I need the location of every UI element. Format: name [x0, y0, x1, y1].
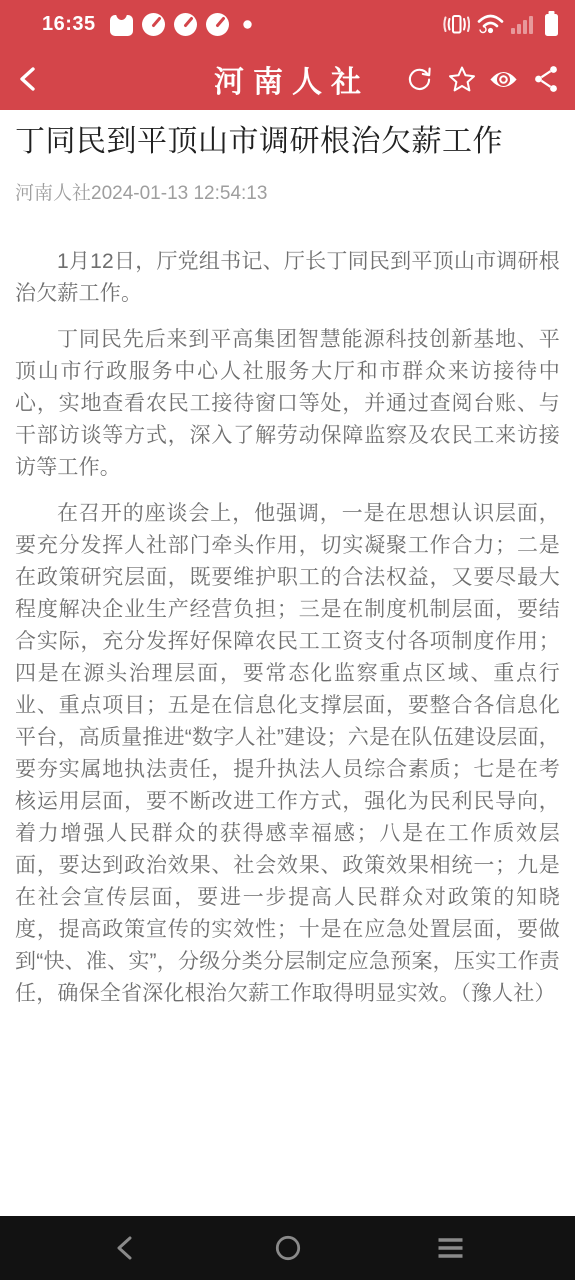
article-byline: 河南人社2024-01-13 12:54:13 — [15, 178, 560, 205]
nav-home-circle-icon — [274, 1234, 302, 1262]
gauge-app-icon — [173, 12, 198, 37]
gauge-app-icon — [205, 12, 230, 37]
article-title: 丁同民到平顶山市调研根治欠薪工作 — [15, 122, 560, 162]
signal-strength-icon — [511, 14, 534, 35]
more-notifications-dot — [243, 20, 252, 29]
back-button[interactable] — [15, 62, 49, 96]
nav-menu-button[interactable] — [433, 1231, 467, 1265]
article-paragraph: 1月12日，厅党组书记、厅长丁同民到平顶山市调研根治欠薪工作。 — [15, 246, 560, 310]
nav-back-button[interactable] — [108, 1231, 142, 1265]
article-source: 河南人社 — [15, 183, 91, 204]
gauge-app-icon — [141, 12, 166, 37]
share-icon — [533, 65, 559, 93]
eye-icon — [489, 68, 518, 91]
favorite-button[interactable] — [447, 64, 476, 94]
wifi-icon — [477, 13, 504, 35]
status-bar: 16:35 — [0, 0, 575, 48]
star-icon — [448, 65, 476, 93]
app-bar: 河南人社 — [0, 48, 575, 110]
system-status-icons — [443, 11, 559, 37]
app-bar-actions — [405, 64, 560, 94]
refresh-icon — [406, 66, 433, 93]
article-paragraph: 丁同民先后来到平高集团智慧能源科技创新基地、平顶山市行政服务中心人社服务大厅和市… — [15, 324, 560, 484]
notification-icons — [109, 10, 252, 38]
system-nav-bar — [0, 1216, 575, 1280]
article-content: 丁同民到平顶山市调研根治欠薪工作 河南人社2024-01-13 12:54:13… — [0, 110, 575, 1010]
article-body: 1月12日，厅党组书记、厅长丁同民到平顶山市调研根治欠薪工作。 丁同民先后来到平… — [15, 246, 560, 1010]
nav-home-button[interactable] — [271, 1231, 305, 1265]
phone-screen: 16:35 — [0, 0, 575, 1280]
status-time: 16:35 — [42, 13, 96, 36]
refresh-button[interactable] — [405, 64, 434, 94]
battery-icon — [544, 11, 559, 37]
share-button[interactable] — [531, 64, 560, 94]
nav-menu-icon — [437, 1236, 464, 1260]
nav-back-icon — [113, 1234, 137, 1262]
shopping-bag-app-icon — [109, 10, 134, 38]
article-paragraph: 在召开的座谈会上，他强调，一是在思想认识层面，要充分发挥人社部门牵头作用，切实凝… — [15, 498, 560, 1010]
article-published-time: 2024-01-13 12:54:13 — [91, 183, 267, 204]
vibrate-icon — [443, 13, 470, 36]
reading-mode-button[interactable] — [489, 64, 518, 94]
